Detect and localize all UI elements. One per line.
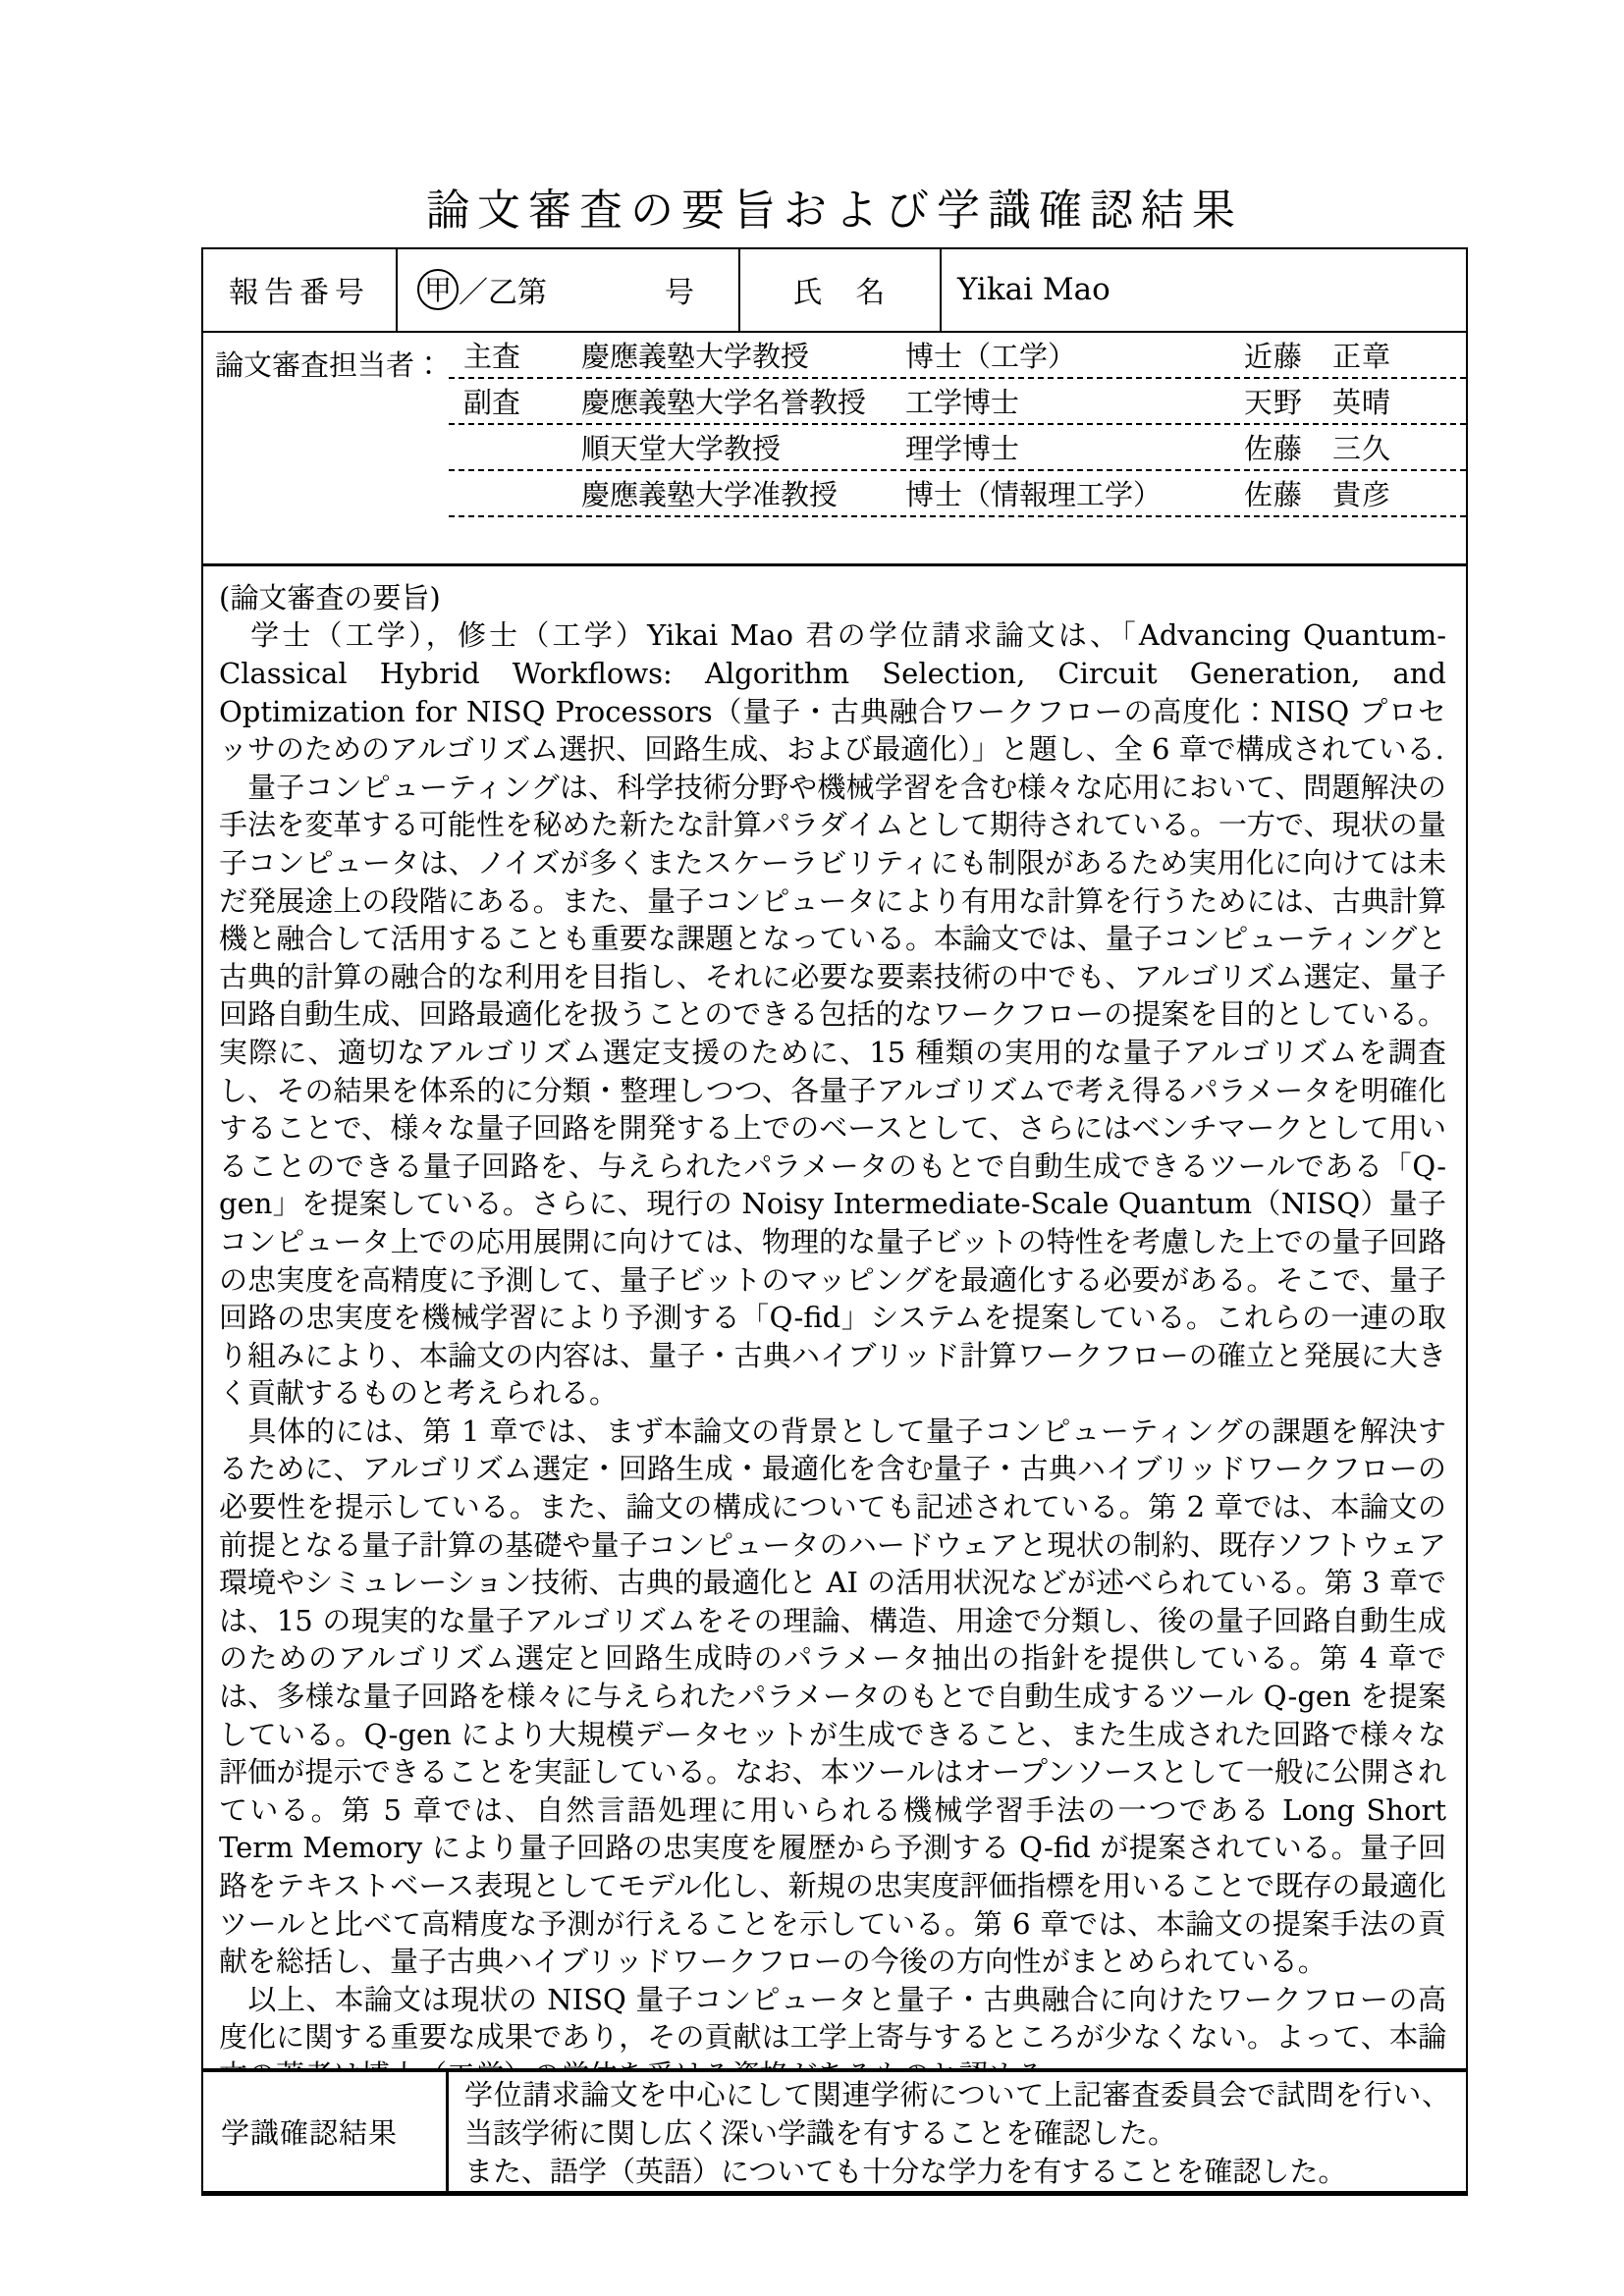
reviewer-row: 慶應義塾大学准教授 博士（情報理工学） 佐藤 貴彦 <box>449 471 1466 517</box>
reviewer-degree: 工学博士 <box>905 381 1244 421</box>
reviewer-degree: 博士（工学） <box>905 335 1244 375</box>
summary-paragraph: 量子コンピューティングは、科学技術分野や機械学習を含む様々な応用において、問題解… <box>219 769 1446 1413</box>
name-label: 氏 名 <box>740 249 942 331</box>
reviewer-name: 天野 英晴 <box>1244 381 1466 421</box>
reviewer-row: 主査 慶應義塾大学教授 博士（工学） 近藤 正章 <box>449 333 1466 379</box>
report-number-label: 報告番号 <box>203 249 398 331</box>
summary-section-label: (論文審査の要旨) <box>219 579 1446 617</box>
confirmation-text: 学位請求論文を中心にして関連学術について上記審査委員会で試問を行い、当該学術に関… <box>449 2072 1466 2191</box>
reviewer-affiliation: 慶應義塾大学教授 <box>581 335 905 375</box>
document-sheet: 論文審査の要旨および学識確認結果 報告番号 甲／乙第 号 氏 名 Yikai M… <box>0 0 1624 2296</box>
confirmation-line: 学位請求論文を中心にして関連学術について上記審査委員会で試問を行い、当該学術に関… <box>464 2076 1450 2153</box>
review-summary-section: (論文審査の要旨) 学士（工学），修士（工学）Yikai Mao 君の学位請求論… <box>203 566 1466 2068</box>
reviewer-row: 副査 慶應義塾大学名誉教授 工学博士 天野 英晴 <box>449 379 1466 425</box>
reviewer-role: 副査 <box>449 381 581 421</box>
reviewer-role: 主査 <box>449 335 581 375</box>
reviewer-name: 佐藤 貴彦 <box>1244 473 1466 513</box>
confirmation-line: また、語学（英語）についても十分な学力を有することを確認した。 <box>464 2153 1450 2191</box>
reviewer-name: 近藤 正章 <box>1244 335 1466 375</box>
report-number-kou-group: 甲／乙第 <box>417 268 547 311</box>
summary-paragraph: 以上、本論文は現状の NISQ 量子コンピュータと量子・古典融合に向けたワークフ… <box>219 1981 1446 2068</box>
reviewer-affiliation: 慶應義塾大学名誉教授 <box>581 381 905 421</box>
reviewer-degree: 博士（情報理工学） <box>905 473 1244 513</box>
reviewers-rows: 主査 慶應義塾大学教授 博士（工学） 近藤 正章 副査 慶應義塾大学名誉教授 工… <box>449 333 1466 563</box>
report-header-row: 報告番号 甲／乙第 号 氏 名 Yikai Mao <box>203 249 1466 333</box>
page-title: 論文審査の要旨および学識確認結果 <box>201 175 1468 238</box>
summary-paragraph: 学士（工学），修士（工学）Yikai Mao 君の学位請求論文は、「Advanc… <box>219 616 1446 768</box>
reviewer-affiliation: 慶應義塾大学准教授 <box>581 473 905 513</box>
reviewer-affiliation: 順天堂大学教授 <box>581 427 905 467</box>
report-number-rest: ／乙第 <box>459 268 547 311</box>
report-number-value: 甲／乙第 号 <box>398 249 740 331</box>
name-value: Yikai Mao <box>942 249 1466 331</box>
reviewers-label: 論文審査担当者： <box>203 333 449 563</box>
confirmation-label: 学識確認結果 <box>203 2072 449 2191</box>
reviewer-degree: 理学博士 <box>905 427 1244 467</box>
reviewer-name: 佐藤 三久 <box>1244 427 1466 467</box>
document-table: 報告番号 甲／乙第 号 氏 名 Yikai Mao 論文審査担当者： 主査 慶應… <box>201 247 1468 2196</box>
reviewers-section: 論文審査担当者： 主査 慶應義塾大学教授 博士（工学） 近藤 正章 副査 慶應義… <box>203 333 1466 566</box>
circled-kou-mark: 甲 <box>417 269 459 310</box>
summary-paragraph: 具体的には、第 1 章では、まず本論文の背景として量子コンピューティングの課題を… <box>219 1413 1446 1981</box>
reviewer-row: 順天堂大学教授 理学博士 佐藤 三久 <box>449 425 1466 471</box>
report-number-go: 号 <box>665 268 694 311</box>
confirmation-section: 学識確認結果 学位請求論文を中心にして関連学術について上記審査委員会で試問を行い… <box>203 2068 1466 2191</box>
